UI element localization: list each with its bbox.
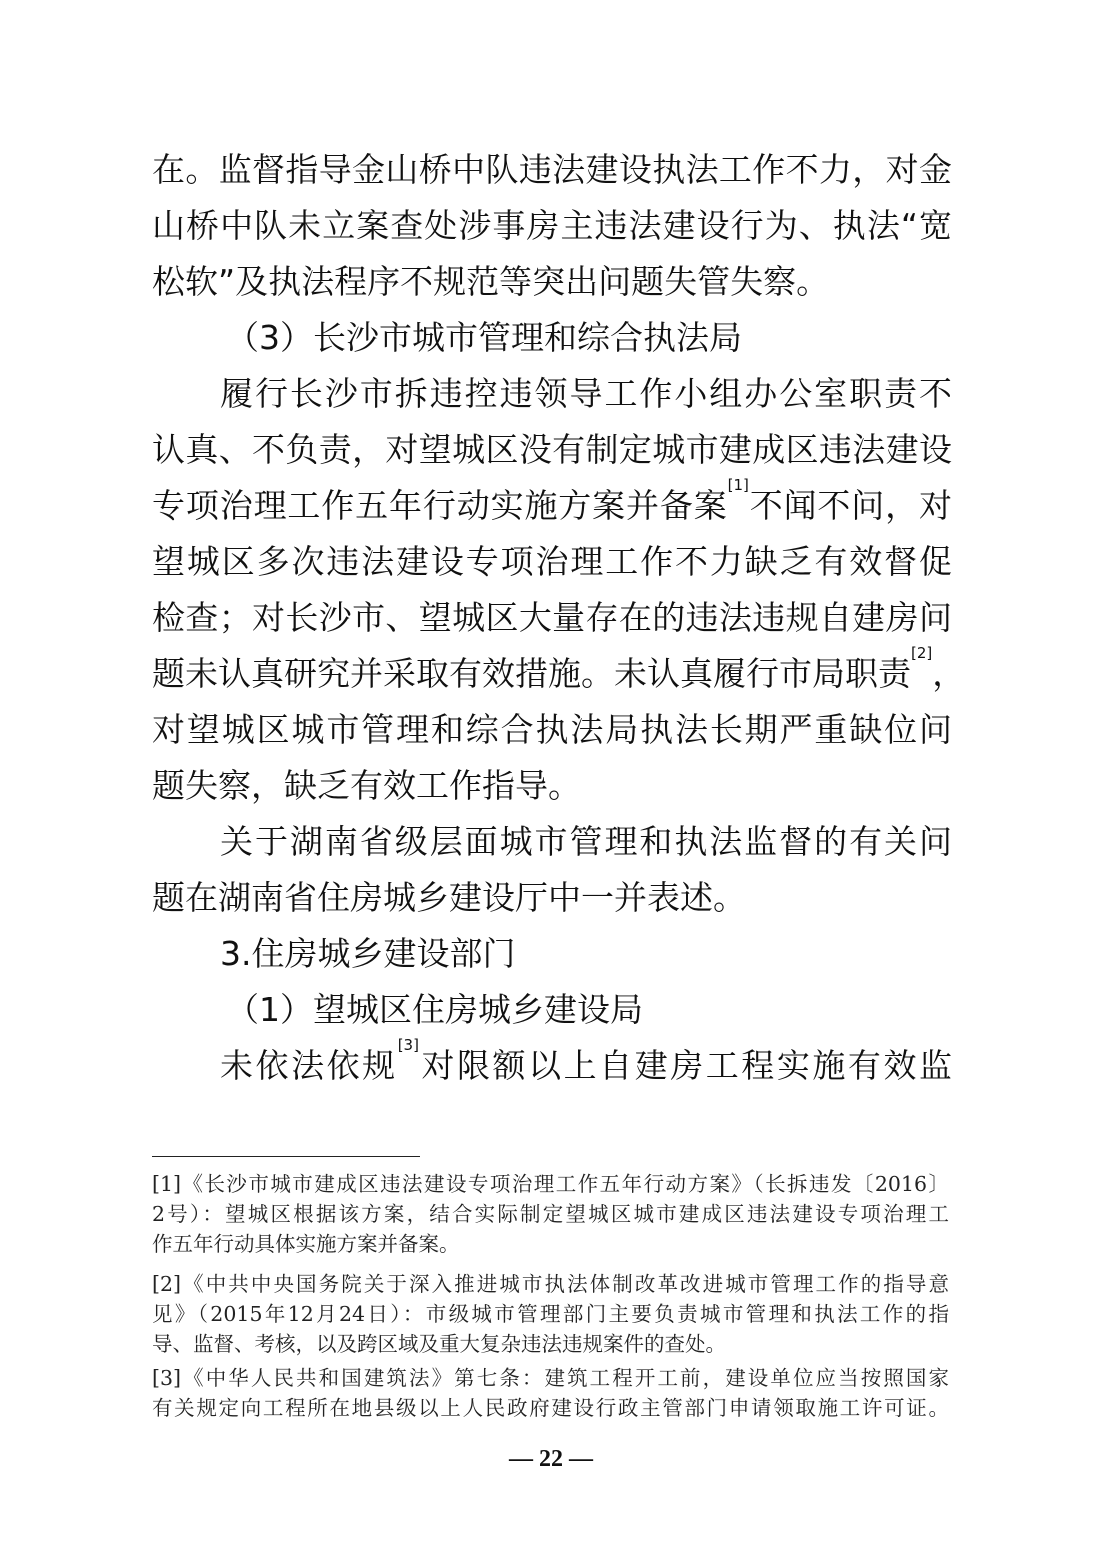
body-text: 未依法依规 <box>220 1046 398 1085</box>
body-line-with-footnote-1: 专项治理工作五年行动实施方案并备案[1]不闻不问，对 <box>152 484 952 528</box>
body-text: 不闻不问，对 <box>749 486 952 525</box>
footnote-2-line: [2]《中共中央国务院关于深入推进城市执法体制改革改进城市管理工作的指导意 <box>152 1270 949 1298</box>
body-line: 题失察，缺乏有效工作指导。 <box>152 764 952 808</box>
body-text: 对限额以上自建房工程实施有效监 <box>419 1046 952 1085</box>
body-text: 题未认真研究并采取有效措施。未认真履行市局职责 <box>152 654 911 693</box>
body-line: 在。监督指导金山桥中队违法建设执法工作不力，对金 <box>152 148 952 192</box>
body-line-with-footnote-3: 未依法依规[3]对限额以上自建房工程实施有效监 <box>220 1044 952 1088</box>
footnote-2-line: 见》（2015年12月24日）：市级城市管理部门主要负责城市管理和执法工作的指 <box>152 1300 949 1328</box>
body-line: 履行长沙市拆违控违领导工作小组办公室职责不 <box>220 372 952 416</box>
body-line-with-footnote-2: 题未认真研究并采取有效措施。未认真履行市局职责[2]， <box>152 652 952 696</box>
footnote-ref-2[interactable]: [2] <box>911 644 932 662</box>
section-heading-wangcheng-housing-bureau: （1）望城区住房城乡建设局 <box>226 988 958 1032</box>
footnote-ref-1[interactable]: [1] <box>728 476 749 494</box>
document-page: 在。监督指导金山桥中队违法建设执法工作不力，对金 山桥中队未立案查处涉事房主违法… <box>0 0 1102 1559</box>
footnote-ref-3[interactable]: [3] <box>398 1036 419 1054</box>
footnote-separator <box>152 1156 420 1157</box>
body-text: ， <box>932 654 965 693</box>
footnote-1-line: 2号）：望城区根据该方案，结合实际制定望城区城市建成区违法建设专项治理工 <box>152 1200 949 1228</box>
footnote-1-line: [1]《长沙市城市建成区违法建设专项治理工作五年行动方案》（长拆违发〔2016〕 <box>152 1170 949 1198</box>
body-text: 专项治理工作五年行动实施方案并备案 <box>152 486 728 525</box>
section-heading-changsha-urban-management: （3）长沙市城市管理和综合执法局 <box>226 316 958 360</box>
footnote-1-line: 作五年行动具体实施方案并备案。 <box>152 1230 949 1258</box>
body-line: 山桥中队未立案查处涉事房主违法建设行为、执法“宽 <box>152 204 952 248</box>
footnote-2-line: 导、监督、考核，以及跨区域及重大复杂违法违规案件的查处。 <box>152 1330 949 1358</box>
footnote-3-line: [3]《中华人民共和国建筑法》第七条：建筑工程开工前，建设单位应当按照国家 <box>152 1364 949 1392</box>
body-line: 望城区多次违法建设专项治理工作不力缺乏有效督促 <box>152 540 952 584</box>
body-line: 关于湖南省级层面城市管理和执法监督的有关问 <box>220 820 952 864</box>
body-line: 题在湖南省住房城乡建设厅中一并表述。 <box>152 876 952 920</box>
body-line: 对望城区城市管理和综合执法局执法长期严重缺位问 <box>152 708 952 752</box>
body-line: 检查；对长沙市、望城区大量存在的违法违规自建房问 <box>152 596 952 640</box>
page-number: — 22 — <box>0 1446 1102 1473</box>
footnote-3-line: 有关规定向工程所在地县级以上人民政府建设行政主管部门申请领取施工许可证。 <box>152 1394 949 1422</box>
body-line: 认真、不负责，对望城区没有制定城市建成区违法建设 <box>152 428 952 472</box>
body-line: 松软”及执法程序不规范等突出问题失管失察。 <box>152 260 952 304</box>
section-heading-housing-department: 3.住房城乡建设部门 <box>220 932 952 976</box>
